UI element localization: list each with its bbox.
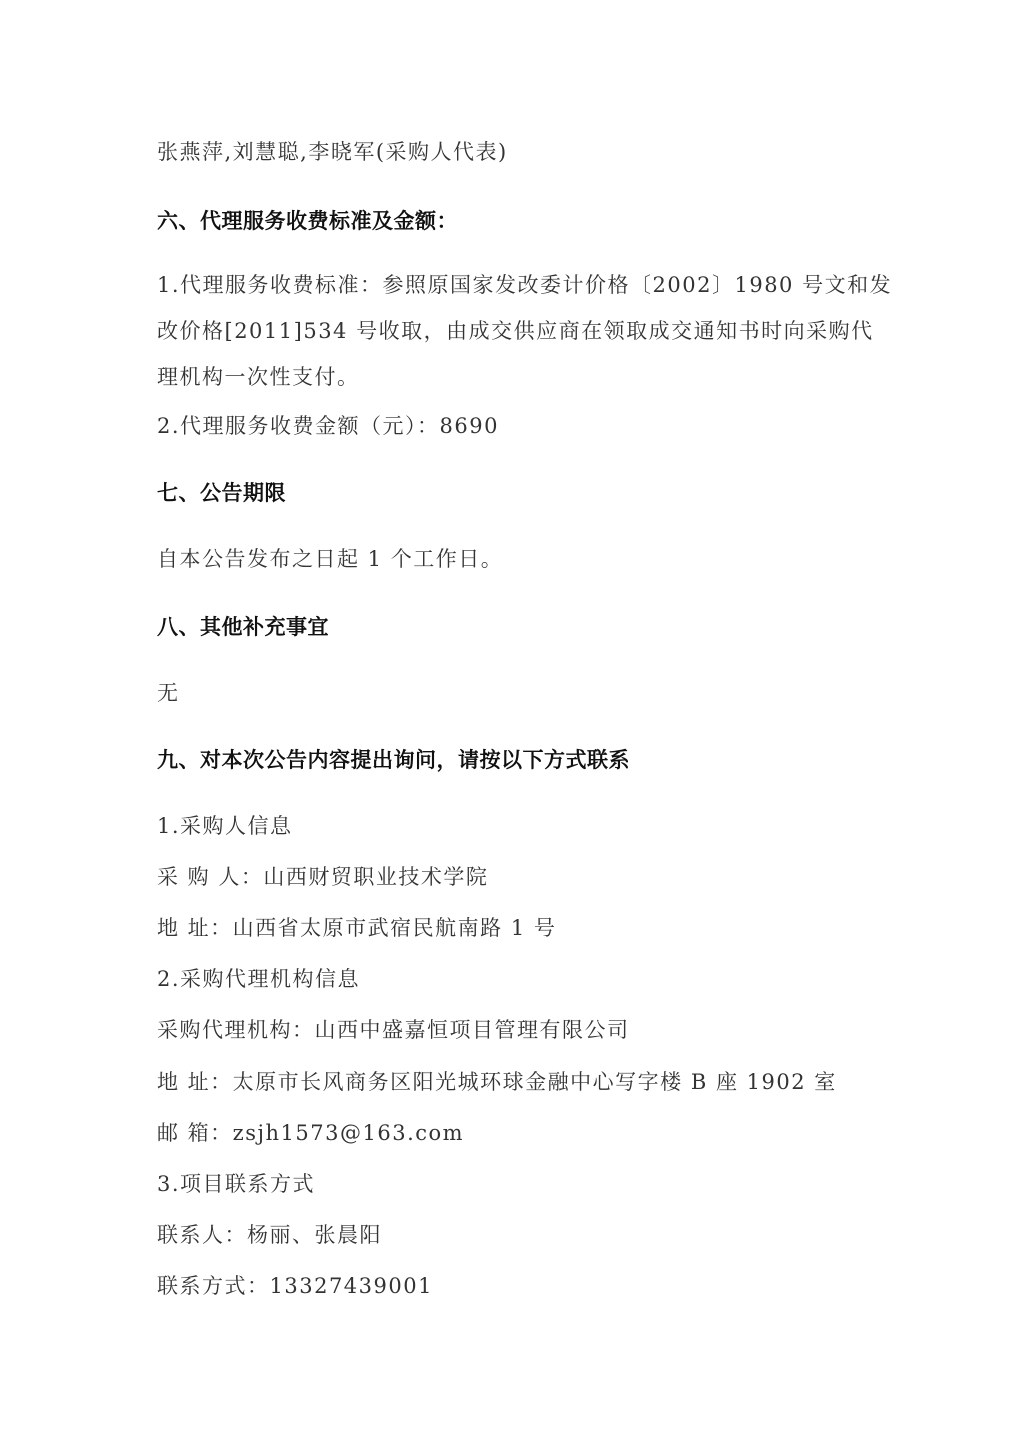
reviewers-line: 张燕萍,刘慧聪,李晓军(采购人代表) — [157, 137, 508, 167]
section-8-heading: 八、其他补充事宜 — [157, 612, 329, 642]
agency-address: 地 址：太原市长风商务区阳光城环球金融中心写字楼 B 座 1902 室 — [157, 1067, 837, 1097]
fee-standard-line-2: 改价格[2011]534 号收取，由成交供应商在领取成交通知书时向采购代 — [157, 316, 874, 346]
other-matters: 无 — [157, 678, 180, 708]
section-7-heading: 七、公告期限 — [157, 478, 286, 508]
section-9-heading: 九、对本次公告内容提出询问，请按以下方式联系 — [157, 745, 630, 775]
document-page: 张燕萍,刘慧聪,李晓军(采购人代表) 六、代理服务收费标准及金额： 1.代理服务… — [0, 0, 1024, 1448]
section-6-heading: 六、代理服务收费标准及金额： — [157, 206, 458, 236]
purchaser-name: 采 购 人：山西财贸职业技术学院 — [157, 862, 488, 892]
project-contact-phone: 联系方式：13327439001 — [157, 1271, 433, 1301]
purchaser-info-heading: 1.采购人信息 — [157, 811, 293, 841]
fee-amount: 2.代理服务收费金额（元）：8690 — [157, 411, 499, 441]
purchaser-address: 地 址：山西省太原市武宿民航南路 1 号 — [157, 913, 556, 943]
agency-info-heading: 2.采购代理机构信息 — [157, 964, 360, 994]
fee-standard-line-1: 1.代理服务收费标准：参照原国家发改委计价格〔2002〕1980 号文和发 — [157, 270, 892, 300]
agency-email: 邮 箱：zsjh1573@163.com — [157, 1118, 464, 1148]
agency-name: 采购代理机构：山西中盛嘉恒项目管理有限公司 — [157, 1015, 630, 1045]
fee-standard-line-3: 理机构一次性支付。 — [157, 362, 360, 392]
project-contact-persons: 联系人：杨丽、张晨阳 — [157, 1220, 382, 1250]
announcement-period: 自本公告发布之日起 1 个工作日。 — [157, 544, 503, 574]
project-contact-heading: 3.项目联系方式 — [157, 1169, 315, 1199]
